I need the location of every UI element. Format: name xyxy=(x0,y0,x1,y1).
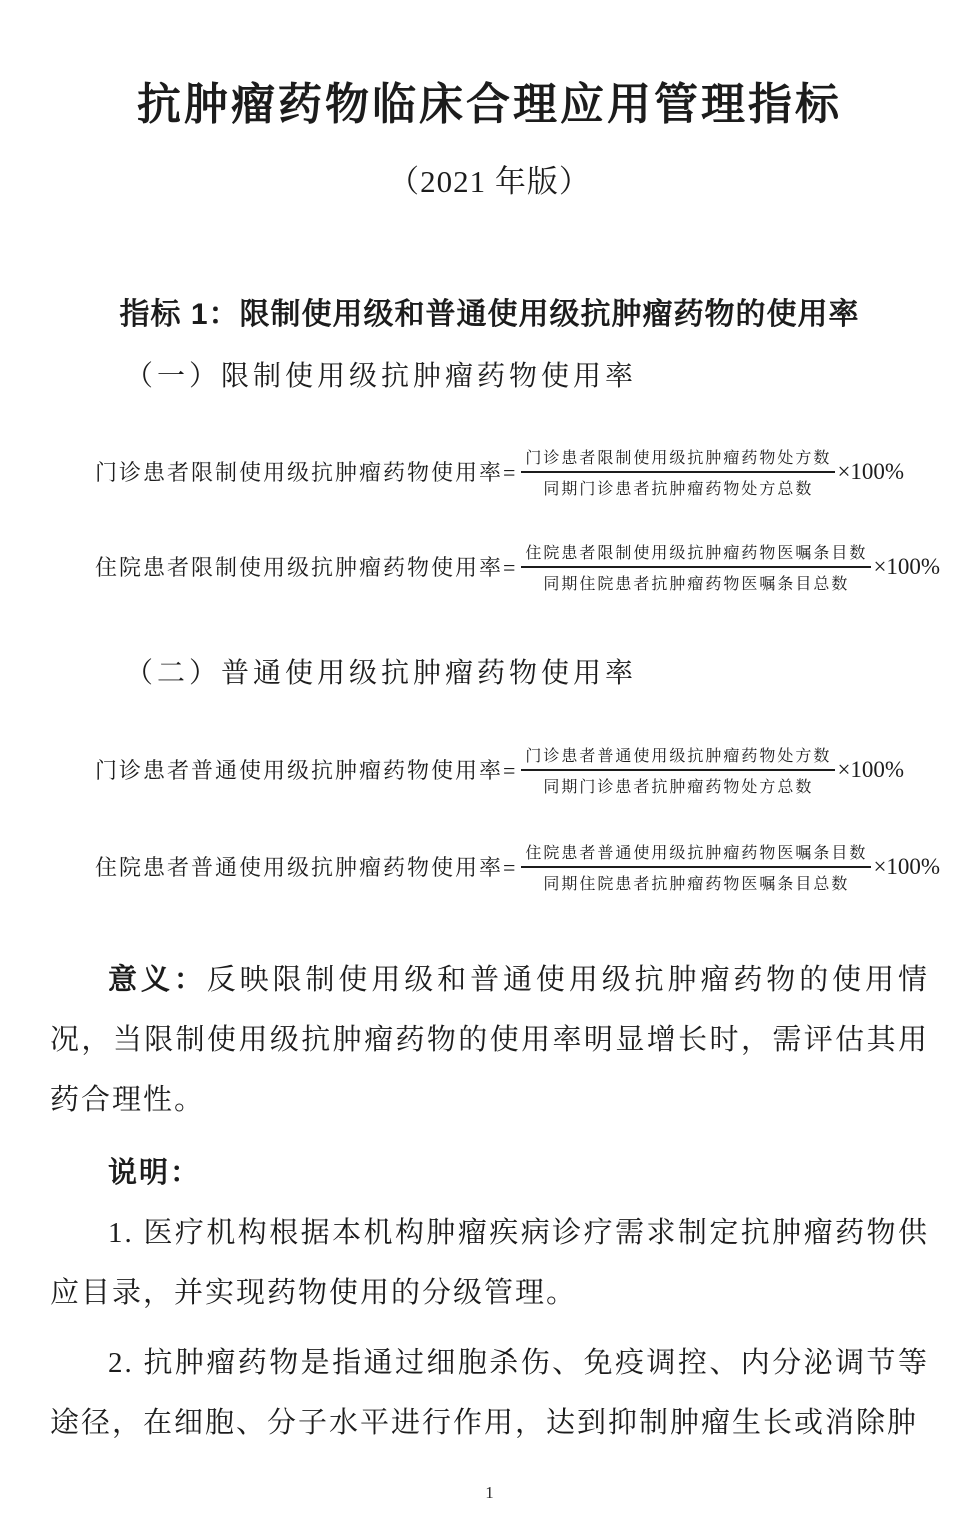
indicator-1-heading: 指标 1：限制使用级和普通使用级抗肿瘤药物的使用率 xyxy=(50,297,929,333)
fraction-denominator: 同期住院患者抗肿瘤药物医嘱条目总数 xyxy=(521,868,871,894)
fraction-denominator: 同期门诊患者抗肿瘤药物处方总数 xyxy=(521,771,835,797)
fraction-denominator: 同期门诊患者抗肿瘤药物处方总数 xyxy=(521,473,835,499)
formula-fraction: 住院患者限制使用级抗肿瘤药物医嘱条目数 同期住院患者抗肿瘤药物医嘱条目总数 xyxy=(521,540,871,594)
formula-multiplier: ×100% xyxy=(837,459,904,485)
formula-label: 门诊患者普通使用级抗肿瘤药物使用率= xyxy=(95,754,517,785)
notes-label-text: 说明： xyxy=(108,1157,201,1189)
formula-inpatient-restricted-rate: 住院患者限制使用级抗肿瘤药物使用率= 住院患者限制使用级抗肿瘤药物医嘱条目数 同… xyxy=(50,538,929,596)
formula-multiplier: ×100% xyxy=(837,757,904,783)
formula-label: 住院患者普通使用级抗肿瘤药物使用率= xyxy=(95,851,517,882)
notes-label: 说明： xyxy=(50,1143,929,1203)
formula-label: 门诊患者限制使用级抗肿瘤药物使用率= xyxy=(95,456,517,487)
note-item-1: 1. 医疗机构根据本机构肿瘤疾病诊疗需求制定抗肿瘤药物供应目录，并实现药物使用的… xyxy=(50,1203,929,1323)
meaning-paragraph: 意义：反映限制使用级和普通使用级抗肿瘤药物的使用情况，当限制使用级抗肿瘤药物的使… xyxy=(50,950,929,1130)
formula-multiplier: ×100% xyxy=(873,554,940,580)
section-1-heading: （一）限制使用级抗肿瘤药物使用率 xyxy=(50,359,929,395)
formula-fraction: 门诊患者普通使用级抗肿瘤药物处方数 同期门诊患者抗肿瘤药物处方总数 xyxy=(521,743,835,797)
formula-fraction: 门诊患者限制使用级抗肿瘤药物处方数 同期门诊患者抗肿瘤药物处方总数 xyxy=(521,445,835,499)
formula-inpatient-ordinary-rate: 住院患者普通使用级抗肿瘤药物使用率= 住院患者普通使用级抗肿瘤药物医嘱条目数 同… xyxy=(50,838,929,896)
formula-outpatient-restricted-rate: 门诊患者限制使用级抗肿瘤药物使用率= 门诊患者限制使用级抗肿瘤药物处方数 同期门… xyxy=(50,443,929,501)
document-title: 抗肿瘤药物临床合理应用管理指标 xyxy=(50,29,929,133)
section-2-heading: （二）普通使用级抗肿瘤药物使用率 xyxy=(50,656,929,692)
formula-multiplier: ×100% xyxy=(873,854,940,880)
formula-label: 住院患者限制使用级抗肿瘤药物使用率= xyxy=(95,551,517,582)
document-page: 抗肿瘤药物临床合理应用管理指标 （2021 年版） 指标 1：限制使用级和普通使… xyxy=(0,0,979,1527)
formula-fraction: 住院患者普通使用级抗肿瘤药物医嘱条目数 同期住院患者抗肿瘤药物医嘱条目总数 xyxy=(521,840,871,894)
note-item-2: 2. 抗肿瘤药物是指通过细胞杀伤、免疫调控、内分泌调节等途径，在细胞、分子水平进… xyxy=(50,1333,929,1453)
fraction-numerator: 门诊患者普通使用级抗肿瘤药物处方数 xyxy=(521,743,835,771)
fraction-numerator: 住院患者限制使用级抗肿瘤药物医嘱条目数 xyxy=(521,540,871,568)
formula-outpatient-ordinary-rate: 门诊患者普通使用级抗肿瘤药物使用率= 门诊患者普通使用级抗肿瘤药物处方数 同期门… xyxy=(50,741,929,799)
document-subtitle: （2021 年版） xyxy=(50,163,929,201)
fraction-denominator: 同期住院患者抗肿瘤药物医嘱条目总数 xyxy=(521,568,871,594)
fraction-numerator: 门诊患者限制使用级抗肿瘤药物处方数 xyxy=(521,445,835,473)
page-number: 1 xyxy=(0,1483,979,1503)
fraction-numerator: 住院患者普通使用级抗肿瘤药物医嘱条目数 xyxy=(521,840,871,868)
meaning-label: 意义： xyxy=(108,964,207,996)
